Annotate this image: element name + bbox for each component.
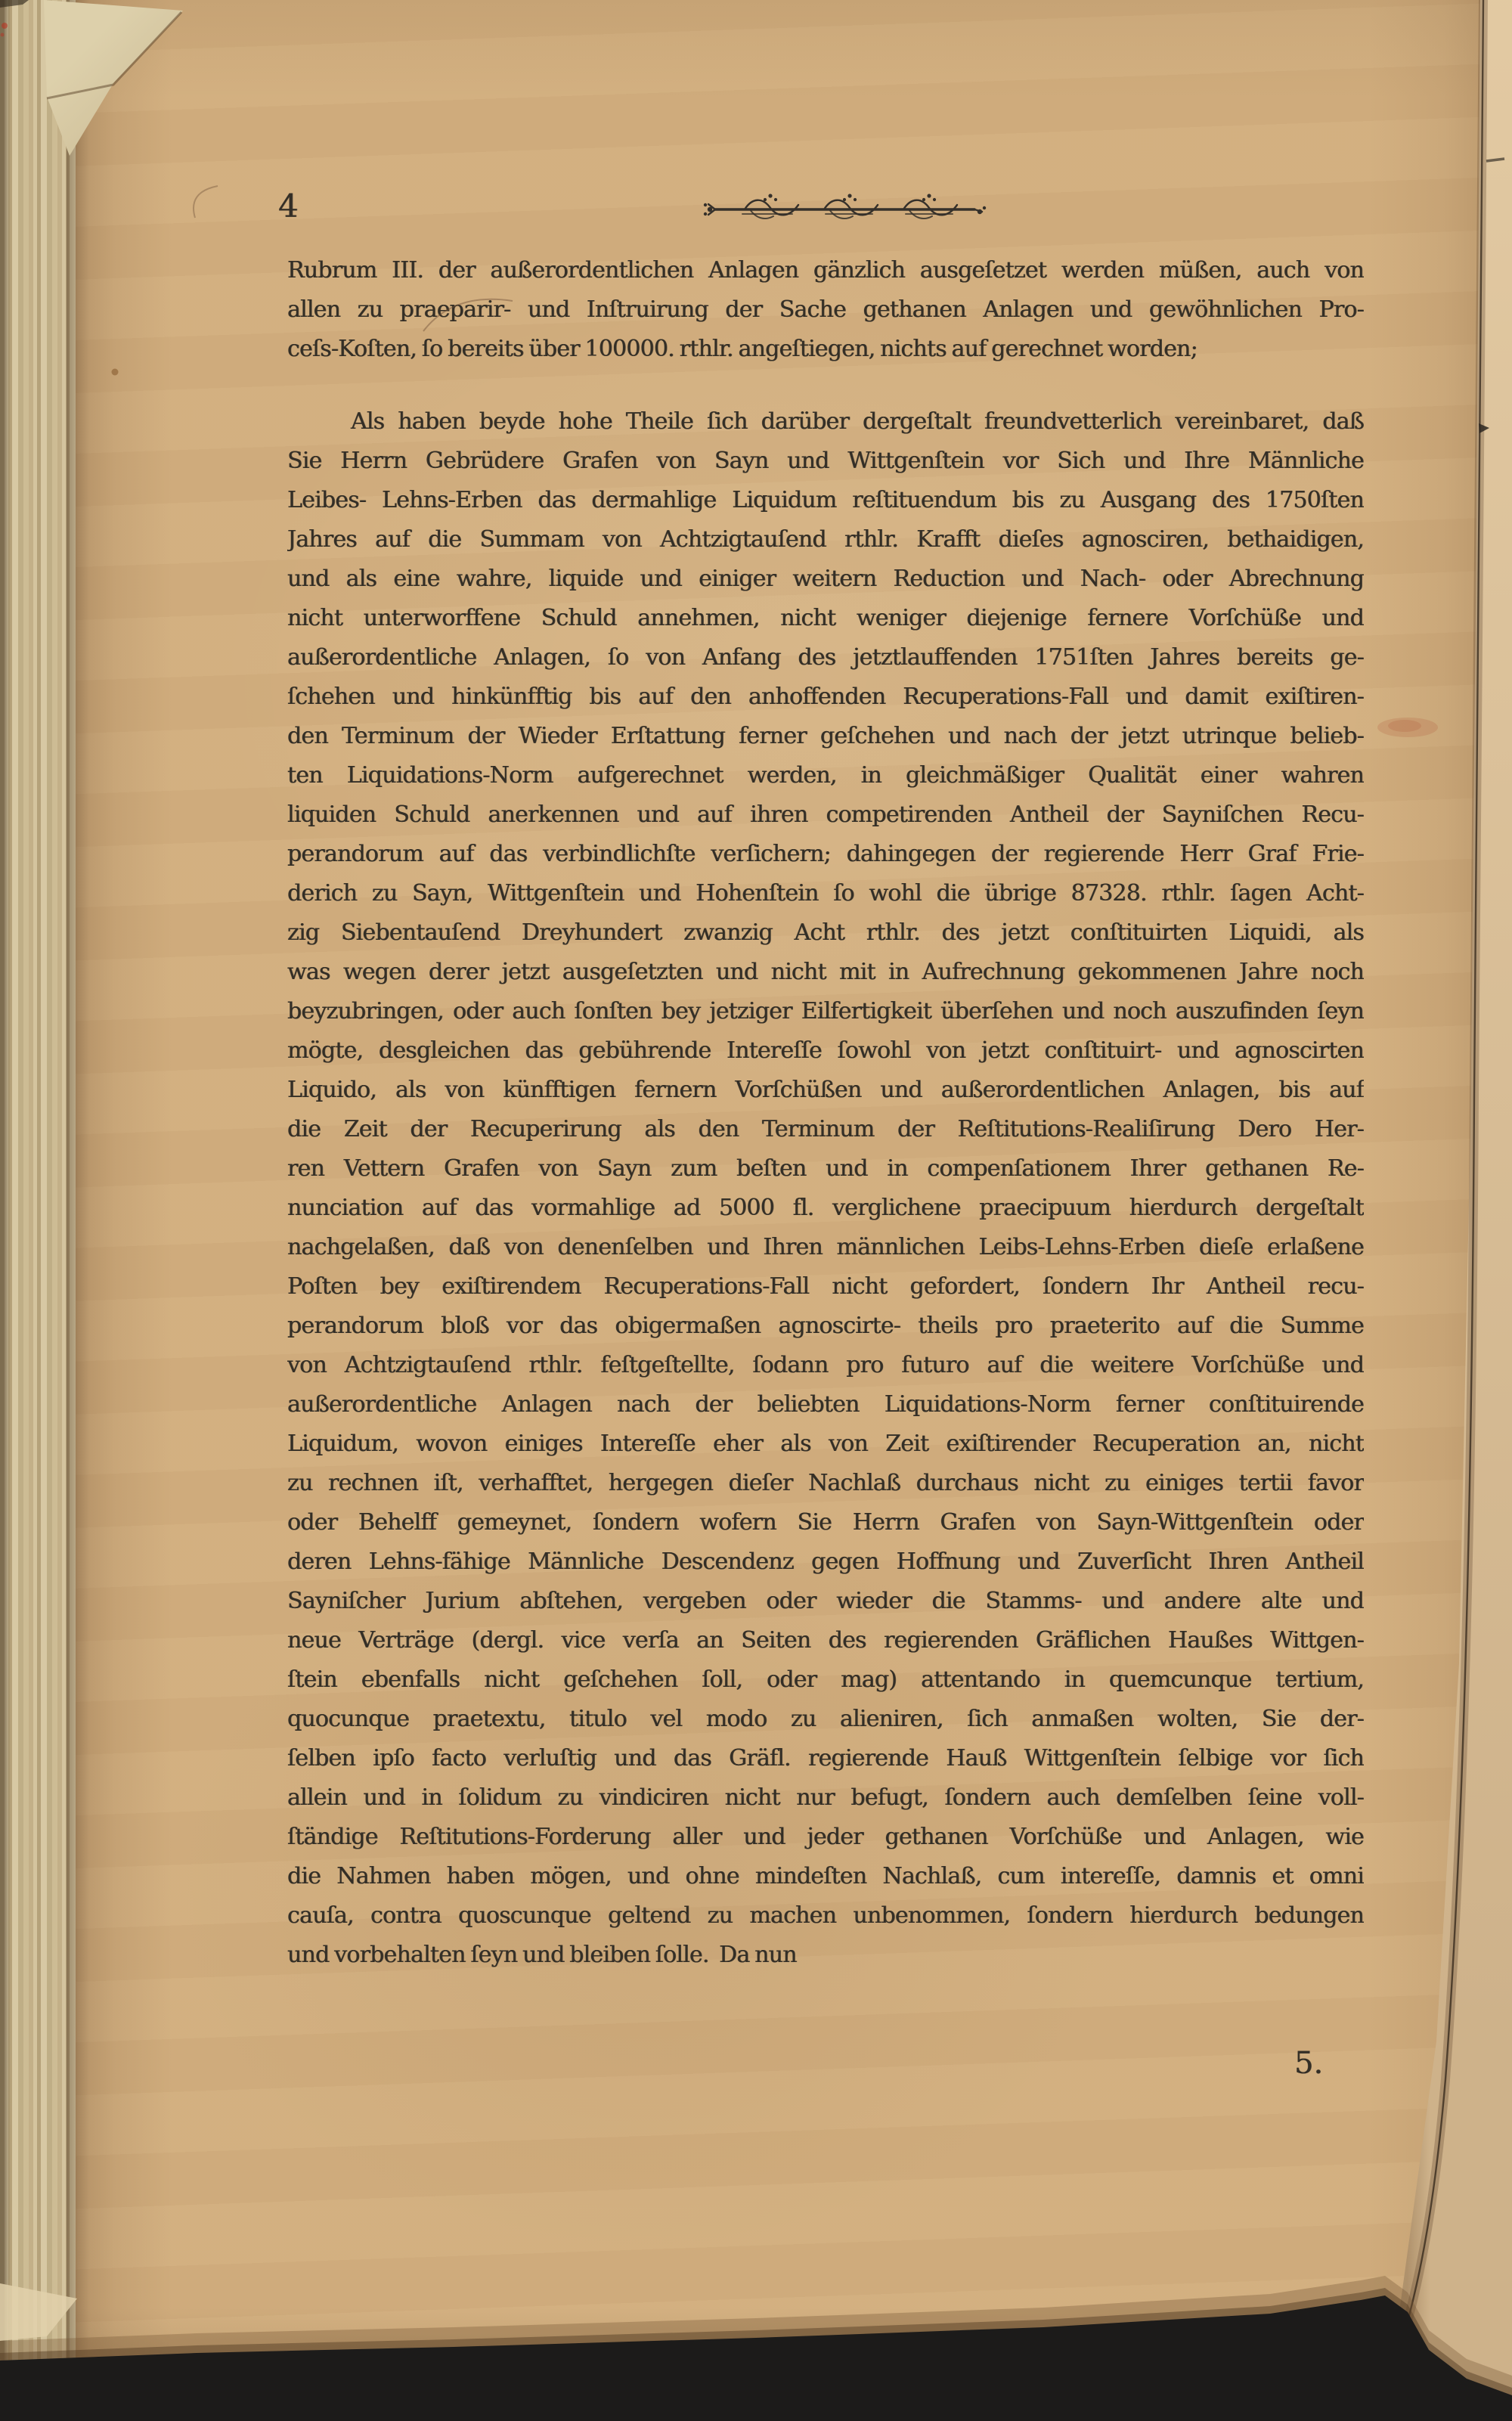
text-line: allein und in ſolidum zu vindiciren nich…	[287, 1778, 1364, 1818]
text-line: von Achtzigtauſend rthlr. feſtgeſtellte,…	[287, 1346, 1364, 1385]
text-line: nunciation auf das vormahlige ad 5000 fl…	[287, 1189, 1364, 1228]
ornament-rule	[703, 191, 987, 230]
text-line: beyzubringen, oder auch ſonſten bey jetz…	[287, 992, 1364, 1031]
text-line: was wegen derer jetzt ausgeſetzten und n…	[287, 953, 1364, 992]
text-line: Rubrum III. der außerordentlichen Anlage…	[287, 251, 1364, 290]
text-line: liquiden Schuld anerkennen und auf ihren…	[287, 795, 1364, 835]
text-line: ſtein ebenfalls nicht geſchehen ſoll, od…	[287, 1660, 1364, 1700]
text-line: cauſa, contra quoscunque geltend zu mach…	[287, 1896, 1364, 1936]
text-line: ten Liquidations-Norm aufgerechnet werde…	[287, 756, 1364, 795]
text-line: ceſs-Koſten, ſo bereits über 100000. rth…	[287, 330, 1364, 369]
paragraph: Rubrum III. der außerordentlichen Anlage…	[287, 251, 1364, 369]
text-line: allen zu praeparir- und Inſtruirung der …	[287, 290, 1364, 330]
text-line: außerordentliche Anlagen nach der belieb…	[287, 1385, 1364, 1424]
text-line: und vorbehalten ſeyn und bleiben ſolle. …	[287, 1936, 1364, 1975]
text-line: außerordentliche Anlagen, ſo von Anfang …	[287, 638, 1364, 677]
text-line: die Zeit der Recuperirung als den Termin…	[287, 1110, 1364, 1149]
text-line: ren Vettern Grafen von Sayn zum beſten u…	[287, 1149, 1364, 1189]
text-line: und als eine wahre, liquide und einiger …	[287, 560, 1364, 599]
text-line: Leibes- Lehns-Erben das dermahlige Liqui…	[287, 481, 1364, 520]
text-line: oder Behelff gemeynet, ſondern wofern Si…	[287, 1503, 1364, 1542]
text-line: zig Siebentauſend Dreyhundert zwanzig Ac…	[287, 913, 1364, 953]
text-line: deren Lehns-fähige Männliche Descendenz …	[287, 1542, 1364, 1582]
text-line: Poſten bey exiſtirendem Recuperations-Fa…	[287, 1267, 1364, 1307]
page-stack-edge	[0, 0, 76, 2421]
text-line: nachgelaßen, daß von denenſelben und Ihr…	[287, 1228, 1364, 1267]
paragraph: Als haben beyde hohe Theile ſich darüber…	[287, 402, 1364, 1975]
signature-mark: 5.	[1294, 2046, 1323, 2081]
text-line: Sayniſcher Jurium abſtehen, vergeben ode…	[287, 1582, 1364, 1621]
text-line: mögte, desgleichen das gebührende Intere…	[287, 1031, 1364, 1071]
text-line: den Terminum der Wieder Erſtattung ferne…	[287, 717, 1364, 756]
text-line: ſelben ipſo facto verluſtig und das Gräf…	[287, 1739, 1364, 1778]
text-line: zu rechnen iſt, verhafftet, hergegen die…	[287, 1464, 1364, 1503]
text-line: perandorum bloß vor das obigermaßen agno…	[287, 1307, 1364, 1346]
book-page: 4	[67, 0, 1512, 2421]
text-line: neue Verträge (dergl. vice verſa an Seit…	[287, 1621, 1364, 1660]
text-line: perandorum auf das verbindlichſte verſic…	[287, 835, 1364, 874]
book-scan: 4	[0, 0, 1512, 2421]
text-line: Als haben beyde hohe Theile ſich darüber…	[287, 402, 1364, 442]
text-line: derich zu Sayn, Wittgenſtein und Hohenſt…	[287, 874, 1364, 913]
text-line: Sie Herrn Gebrüdere Grafen von Sayn und …	[287, 442, 1364, 481]
text-line: Liquido, als von künfftigen fernern Vorſ…	[287, 1071, 1364, 1110]
text-line: ſchehen und hinkünfftig bis auf den anho…	[287, 677, 1364, 717]
text-line: Liquidum, wovon einiges Intereſſe eher a…	[287, 1424, 1364, 1464]
page-number: 4	[278, 188, 299, 225]
text-line: nicht unterworffene Schuld annehmen, nic…	[287, 599, 1364, 638]
text-line: ſtändige Reſtitutions-Forderung aller un…	[287, 1818, 1364, 1857]
text-line: die Nahmen haben mögen, und ohne mindeſt…	[287, 1857, 1364, 1896]
text-line: Jahres auf die Summam von Achtzigtauſend…	[287, 520, 1364, 560]
text-line: quocunque praetextu, titulo vel modo zu …	[287, 1700, 1364, 1739]
